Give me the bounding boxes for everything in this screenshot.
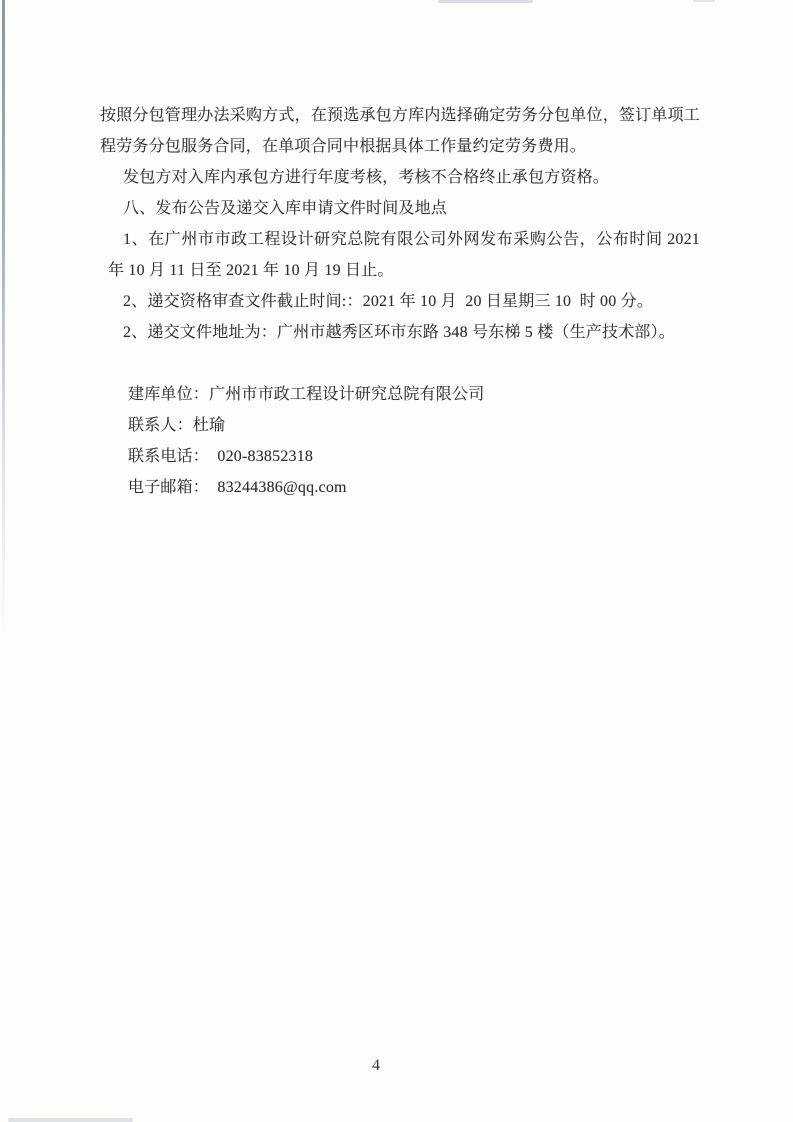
text-line: 按照分包管理办法采购方式，在预选承包方库内选择确定劳务分包单位，签订单项工 — [100, 100, 700, 131]
text-line: 2、递交文件地址为：广州市越秀区环市东路 348 号东梯 5 楼（生产技术部）。 — [100, 317, 700, 348]
scan-smudge-top-right — [693, 0, 715, 2]
text-line: 联系人：杜瑜 — [100, 410, 700, 441]
text-line: 程劳务分包服务合同，在单项合同中根据具体工作量约定劳务费用。 — [100, 131, 700, 162]
text-line: 联系电话： 020-83852318 — [100, 441, 700, 472]
document-page: 按照分包管理办法采购方式，在预选承包方库内选择确定劳务分包单位，签订单项工程劳务… — [0, 0, 793, 1122]
scan-smudge-top — [438, 0, 533, 3]
scan-smudge-bottom — [8, 1118, 133, 1122]
text-line: 发包方对入库内承包方进行年度考核，考核不合格终止承包方资格。 — [100, 162, 700, 193]
contact-block: 建库单位：广州市市政工程设计研究总院有限公司联系人：杜瑜联系电话： 020-83… — [100, 379, 700, 503]
text-line: 电子邮箱： 83244386@qq.com — [100, 472, 700, 503]
document-body: 按照分包管理办法采购方式，在预选承包方库内选择确定劳务分包单位，签订单项工程劳务… — [100, 100, 700, 503]
text-line: 年 10 月 11 日至 2021 年 10 月 19 日止。 — [100, 255, 700, 286]
text-line: 2、递交资格审查文件截止时间:：2021 年 10 月 20 日星期三 10 时… — [100, 286, 700, 317]
text-line: 建库单位：广州市市政工程设计研究总院有限公司 — [100, 379, 700, 410]
text-line: 1、在广州市市政工程设计研究总院有限公司外网发布采购公告，公布时间 2021 — [100, 224, 700, 255]
page-number: 4 — [366, 1057, 386, 1075]
text-line: 八、发布公告及递交入库申请文件时间及地点 — [100, 193, 700, 224]
scan-edge-artifact — [2, 0, 5, 640]
body-paragraphs: 按照分包管理办法采购方式，在预选承包方库内选择确定劳务分包单位，签订单项工程劳务… — [100, 100, 700, 348]
